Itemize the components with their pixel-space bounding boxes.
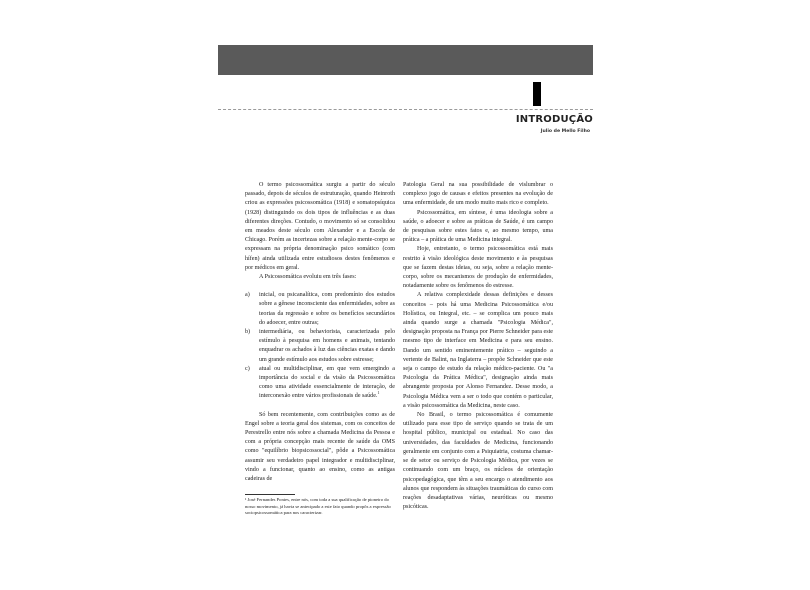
chapter-header-bar [218, 45, 593, 75]
list-item-text: intermediária, ou behaviorista, caracter… [259, 329, 395, 363]
footnote-reference: 1 [377, 390, 379, 395]
footnote-divider [245, 494, 295, 495]
list-item-text: inicial, ou psicanalítica, com predomíni… [259, 292, 395, 326]
chapter-author: Julio de Mello Filho [541, 129, 590, 134]
chapter-title: INTRODUÇÃO [516, 114, 593, 125]
list-item: b)intermediária, ou behaviorista, caract… [245, 328, 395, 365]
list-item: a)inicial, ou psicanalítica, com predomí… [245, 291, 395, 328]
paragraph: Só bem recentemente, com contribuições c… [245, 411, 395, 485]
paragraph: No Brasil, o termo psicossomática é comu… [403, 411, 553, 512]
list-marker: c) [245, 365, 250, 374]
paragraph: A Psicossomática evoluiu em três fases: [245, 273, 395, 282]
paragraph: Patologia Geral na sua possibilidade de … [403, 181, 553, 209]
header-dotted-rule [218, 109, 593, 110]
list-marker: a) [245, 291, 250, 300]
list-item-text: atual ou multidisciplinar, em que vem em… [259, 366, 395, 400]
paragraph: O termo psicossomática surgiu a partir d… [245, 181, 395, 273]
left-text-column: O termo psicossomática surgiu a partir d… [245, 181, 395, 517]
right-text-column: Patologia Geral na sua possibilidade de … [403, 181, 553, 512]
list-marker: b) [245, 328, 250, 337]
footnote: ¹ José Fernandes Pontes, entre nós, com … [245, 497, 395, 517]
phases-list: a)inicial, ou psicanalítica, com predomí… [245, 291, 395, 401]
paragraph: Psicossomática, em síntese, é uma ideolo… [403, 209, 553, 246]
list-item: c)atual ou multidisciplinar, em que vem … [245, 365, 395, 402]
paragraph: A relativa complexidade dessas definiçõe… [403, 291, 553, 411]
paragraph: Hoje, entretanto, o termo psicossomática… [403, 245, 553, 291]
chapter-number-mark: I [533, 82, 541, 106]
